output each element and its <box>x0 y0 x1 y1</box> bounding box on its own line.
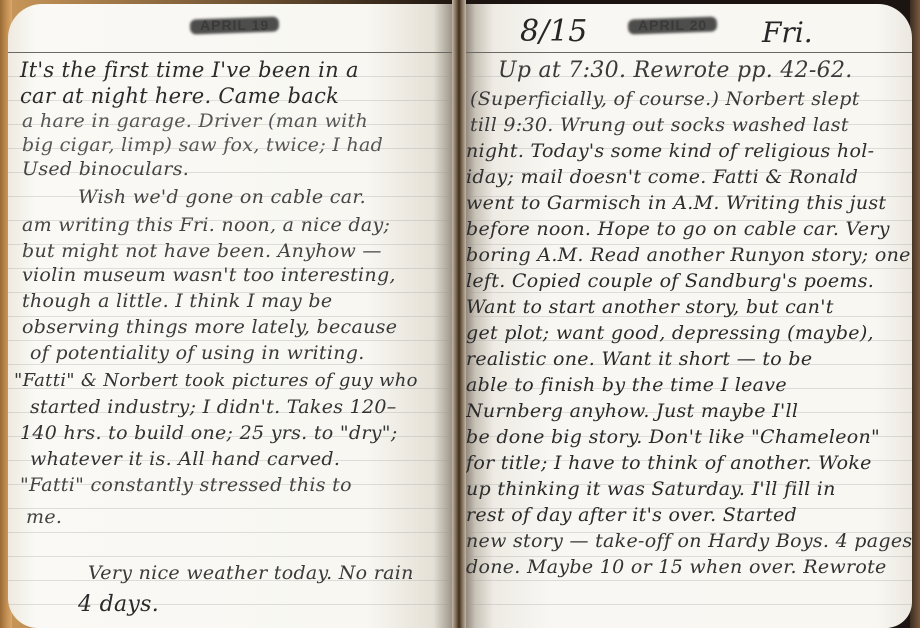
header-rule <box>8 52 456 53</box>
text-line: before noon. Hope to go on cable car. Ve… <box>466 218 890 240</box>
text-line: till 9:30. Wrung out socks washed last <box>470 114 849 136</box>
text-line: Want to start another story, but can't <box>466 296 834 318</box>
text-line: Wish we'd gone on cable car. <box>78 186 366 208</box>
text-line: "Fatti" & Norbert took pictures of guy w… <box>14 370 418 391</box>
text-line: observing things more lately, because <box>22 316 397 338</box>
text-line: went to Garmisch in A.M. Writing this ju… <box>466 192 886 214</box>
text-line: rest of day after it's over. Started <box>466 504 797 526</box>
printed-date-struck: APRIL 19 <box>194 16 275 34</box>
text-line: Nurnberg anyhow. Just maybe I'll <box>466 400 798 422</box>
text-line: left. Copied couple of Sandburg's poems. <box>466 270 874 292</box>
text-line: able to finish by the time I leave <box>466 374 787 396</box>
text-line: realistic one. Want it short — to be <box>466 348 812 370</box>
printed-date-text: APRIL 20 <box>638 17 707 33</box>
right-page: 8/15 APRIL 20 Fri. Up at 7:30. Rewrote p… <box>462 4 912 628</box>
text-line: (Superficially, of course.) Norbert slep… <box>470 88 860 110</box>
weekday: Fri. <box>762 16 813 49</box>
text-line: am writing this Fri. noon, a nice day; <box>22 214 390 236</box>
text-line: done. Maybe 10 or 15 when over. Rewrote <box>466 556 887 578</box>
text-line: night. Today's some kind of religious ho… <box>466 140 874 162</box>
text-line: It's the first time I've been in a <box>20 58 359 82</box>
text-line: me. <box>26 506 62 528</box>
text-line: a hare in garage. Driver (man with <box>22 110 368 132</box>
handwritten-date: 8/15 <box>520 14 587 49</box>
text-line: Up at 7:30. Rewrote pp. 42-62. <box>498 58 853 83</box>
text-line: violin museum wasn't too interesting, <box>22 264 396 286</box>
text-line: whatever it is. All hand carved. <box>30 448 340 470</box>
text-line: for title; I have to think of another. W… <box>466 452 872 474</box>
printed-date-struck: APRIL 20 <box>632 16 713 34</box>
diary-spread: APRIL 19 It's the first time I've been i… <box>0 0 920 628</box>
text-line: Used binoculars. <box>22 158 189 180</box>
text-line: up thinking it was Saturday. I'll fill i… <box>466 478 836 500</box>
text-line: 4 days. <box>78 592 159 617</box>
text-line: big cigar, limp) saw fox, twice; I had <box>22 134 383 156</box>
text-line: be done big story. Don't like "Chameleon… <box>466 426 880 448</box>
text-line: of potentiality of using in writing. <box>30 342 365 364</box>
text-line: boring A.M. Read another Runyon story; o… <box>466 244 911 266</box>
text-line: iday; mail doesn't come. Fatti & Ronald <box>466 166 858 188</box>
text-line: Very nice weather today. No rain <box>88 562 414 584</box>
printed-date-text: APRIL 19 <box>200 17 269 33</box>
text-line: get plot; want good, depressing (maybe), <box>466 322 874 344</box>
text-line: started industry; I didn't. Takes 120– <box>30 396 397 418</box>
text-line: but might not have been. Anyhow — <box>22 240 382 262</box>
text-line: though a little. I think I may be <box>22 290 332 312</box>
left-page: APRIL 19 It's the first time I've been i… <box>8 4 456 628</box>
text-line: car at night here. Came back <box>20 84 339 108</box>
text-line: 140 hrs. to build one; 25 yrs. to "dry"; <box>20 422 398 444</box>
text-line: "Fatti" constantly stressed this to <box>20 474 352 496</box>
text-line: new story — take-off on Hardy Boys. 4 pa… <box>466 530 912 552</box>
header-rule <box>462 52 912 53</box>
book-spine <box>452 0 466 628</box>
